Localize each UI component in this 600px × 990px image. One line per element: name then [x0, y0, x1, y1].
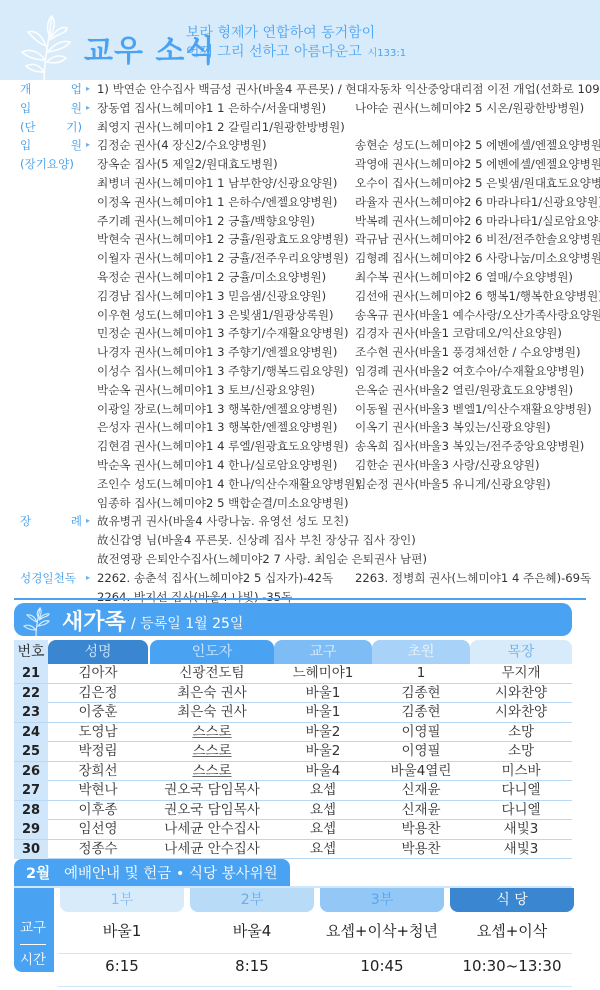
label-part: 원	[71, 136, 82, 155]
notice-row: 장례▸故유병귀 권사(바울4 사랑나눔. 유영선 성도 모친)	[0, 512, 600, 531]
notice-entry: 故전영광 은퇴안수집사(느헤미야2 7 사랑. 최임순 은퇴권사 남편)	[97, 550, 427, 569]
notice-entry: 민정순 권사(느헤미야1 3 주향기/수재활요양병원)	[97, 324, 349, 343]
table-row: 23이중훈최은숙 권사바울1김종현시와찬양	[14, 703, 572, 723]
cell-district: 요셉	[274, 820, 372, 839]
cell-name: 이중훈	[48, 703, 148, 722]
notice-entry: 김한순 권사(바울3 사랑/신광요양원)	[355, 456, 540, 475]
service-header: 2부	[190, 888, 314, 912]
new-family-title: 새가족	[62, 605, 126, 636]
cell-district: 바울2	[274, 723, 372, 742]
cell-guide: 스스로	[150, 742, 274, 761]
verse-line-2: 어찌 그리 선하고 아름다운고	[186, 44, 362, 60]
triangle-bullet-icon: ▸	[86, 569, 90, 588]
column-header-number: 번호	[14, 640, 48, 664]
notice-row: 최병녀 권사(느헤미야1 1 남부한양/신광요양원)오수이 집사(느헤미야2 5…	[0, 174, 600, 193]
cell-group: 소망	[470, 742, 572, 761]
notice-entry: 김정순 권사(4 장신2/수요양병원)	[97, 136, 266, 155]
table-row: 26장희선스스로바울4바울4열린미스바	[14, 762, 572, 782]
notice-row: 이우현 성도(느헤미야1 3 은빛샘1/원광상록원)송옥규 권사(바울1 예수사…	[0, 306, 600, 325]
leaf-branch-icon	[14, 6, 74, 82]
cell-guide: 나세균 안수집사	[150, 840, 274, 859]
section-divider	[14, 598, 586, 600]
worship-side-labels: 교구 시간	[14, 888, 54, 972]
notice-category-label: 개업	[20, 80, 82, 99]
cell-number: 27	[14, 781, 48, 800]
notice-entry: 송옥희 집사(바울3 복있는/전주중앙요양병원)	[355, 437, 584, 456]
cell-grass: 박용찬	[372, 840, 470, 859]
table-row: 24도영남스스로바울2이영필소망	[14, 723, 572, 743]
new-family-table: 번호 성명 인도자 교구 초원 목장 21김아자신광전도팀느헤미야11무지개22…	[14, 640, 572, 859]
cell-guide: 최은숙 권사	[150, 703, 274, 722]
notice-entry: 임종하 집사(느헤미야2 5 백합순결/미소요양병원)	[97, 494, 349, 513]
cell-grass: 이영필	[372, 742, 470, 761]
cell-grass: 신재윤	[372, 801, 470, 820]
notice-category-label: 성경일천독	[20, 569, 82, 588]
table-header: 번호 성명 인도자 교구 초원 목장	[14, 640, 572, 664]
cell-name: 박정림	[48, 742, 148, 761]
notice-row: (단기)최영지 권사(느헤미야1 2 갈릴리1/원광한방병원)	[0, 118, 600, 137]
header-verse: 보라 형제가 연합하여 동거함이 어찌 그리 선하고 아름다운고시133:1	[186, 24, 406, 63]
cell-name: 임선영	[48, 820, 148, 839]
cell-guide: 스스로	[150, 762, 274, 781]
label-part: 입	[20, 99, 31, 118]
cell-number: 28	[14, 801, 48, 820]
notice-entry: 박순옥 권사(느헤미야1 4 한나/실로암요양병원)	[97, 456, 337, 475]
notice-entry: 송현순 성도(느헤미야2 5 에벤에셀/엔젤요양병원)	[355, 136, 600, 155]
notice-row: 입원▸장동엽 집사(느헤미야1 1 은하수/서울대병원)나야순 권사(느헤미야2…	[0, 99, 600, 118]
notice-entry: 이동월 권사(바울3 벧엘1/익산수재활요양병원)	[355, 400, 592, 419]
cell-number: 26	[14, 762, 48, 781]
cell-group: 다니엘	[470, 801, 572, 820]
notice-entry: 김현겸 권사(느헤미야1 4 루엘/원광효도요양병원)	[97, 437, 349, 456]
table-row: 25박정림스스로바울2이영필소망	[14, 742, 572, 762]
notice-entry: 나야순 권사(느헤미야2 5 시온/원광한방병원)	[355, 99, 584, 118]
column-header-group: 목장	[470, 640, 572, 664]
notice-row: 이광일 장로(느헤미야1 3 행복한/엔젤요양병원)이동월 권사(바울3 벧엘1…	[0, 400, 600, 419]
row-divider	[58, 953, 572, 954]
cell-district: 바울1	[274, 703, 372, 722]
notice-entry: 2263. 정병희 권사(느헤미야1 4 주은혜)-69독	[355, 569, 591, 588]
cell-grass: 1	[372, 664, 470, 683]
label-part: 례	[71, 512, 82, 531]
notice-category-label: 장례	[20, 512, 82, 531]
table-row: 27박현나권오국 담임목사요셉신재윤다니엘	[14, 781, 572, 801]
notice-row: 故전영광 은퇴안수집사(느헤미야2 7 사랑. 최임순 은퇴권사 남편)	[0, 550, 600, 569]
cell-group: 소망	[470, 723, 572, 742]
notice-row: 임종하 집사(느헤미야2 5 백합순결/미소요양병원)	[0, 494, 600, 513]
table-row: 29임선영나세균 안수집사요셉박용찬새빛3	[14, 820, 572, 840]
cell-district: 요셉	[274, 801, 372, 820]
notice-entry: 임순정 권사(바울5 유니게/신광요양원)	[355, 475, 551, 494]
notice-entry: 오수이 집사(느헤미야2 5 은빛샘/원대효도요양병원)	[355, 174, 600, 193]
cell-grass: 김종현	[372, 703, 470, 722]
service-header: 1부	[60, 888, 184, 912]
notice-row: 김경남 집사(느헤미야1 3 믿음샘/신광요양원)김선애 권사(느헤미야2 6 …	[0, 287, 600, 306]
cell-name: 김은정	[48, 684, 148, 703]
notice-entry: 은성자 권사(느헤미야1 3 행복한/엔젤요양병원)	[97, 418, 337, 437]
service-header: 3부	[320, 888, 444, 912]
notice-entry: 곽규남 권사(느헤미야2 6 비전/전주한솔요양병원)	[355, 230, 600, 249]
notice-entry: 박현숙 권사(느헤미야1 2 긍휼/원광효도요양병원)	[97, 230, 349, 249]
cell-district: 요셉	[274, 840, 372, 859]
notice-entry: 최영지 권사(느헤미야1 2 갈릴리1/원광한방병원)	[97, 118, 345, 137]
verse-reference: 시133:1	[368, 48, 406, 59]
notice-entry: 최수복 권사(느헤미야2 6 열매/수요양병원)	[355, 268, 573, 287]
table-row: 21김아자신광전도팀느헤미야11무지개	[14, 664, 572, 684]
notices-section: 개업▸1) 박연순 안수집사 백금성 권사(바울4 푸른못) / 현대자동차 익…	[0, 80, 600, 606]
new-family-subtitle: / 등록일 1월 25일	[131, 613, 243, 633]
cell-name: 김아자	[48, 664, 148, 683]
cell-guide: 신광전도팀	[150, 664, 274, 683]
notice-row: 박순옥 권사(느헤미야1 3 토브/신광요양원)은옥순 권사(바울2 열린/원광…	[0, 381, 600, 400]
column-header-guide: 인도자	[150, 640, 274, 664]
table-row: 22김은정최은숙 권사바울1김종현시와찬양	[14, 684, 572, 704]
cell-group: 다니엘	[470, 781, 572, 800]
service-district: 바울4	[190, 920, 314, 941]
cell-group: 시와찬양	[470, 684, 572, 703]
label-part: (장기요양)	[20, 155, 74, 174]
notice-row: 이월자 권사(느헤미야1 2 긍휼/전주우리요양병원)김형례 집사(느헤미야2 …	[0, 249, 600, 268]
notice-entry: 김선애 권사(느헤미야2 6 행복1/행복한요양병원)	[355, 287, 600, 306]
cell-group: 시와찬양	[470, 703, 572, 722]
notice-category-label: 입원	[20, 136, 82, 155]
service-time: 6:15	[60, 957, 184, 975]
notice-entry: 이광일 장로(느헤미야1 3 행복한/엔젤요양병원)	[97, 400, 337, 419]
table-row: 28이후종권오국 담임목사요셉신재윤다니엘	[14, 801, 572, 821]
cell-number: 25	[14, 742, 48, 761]
notice-entry: 김경자 권사(바울1 코람데오/익산요양원)	[355, 324, 562, 343]
cell-guide: 스스로	[150, 723, 274, 742]
cell-guide: 권오국 담임목사	[150, 801, 274, 820]
cell-number: 24	[14, 723, 48, 742]
notice-entry: 은옥순 권사(바울2 열린/원광효도요양병원)	[355, 381, 573, 400]
service-time: 10:45	[320, 957, 444, 975]
cell-group: 새빛3	[470, 820, 572, 839]
cell-number: 21	[14, 664, 48, 683]
cell-number: 30	[14, 840, 48, 859]
verse-line-1: 보라 형제가 연합하여 동거함이	[186, 24, 406, 43]
cell-number: 22	[14, 684, 48, 703]
label-time: 시간	[14, 948, 52, 968]
cell-number: 23	[14, 703, 48, 722]
cell-guide: 최은숙 권사	[150, 684, 274, 703]
cell-grass: 신재윤	[372, 781, 470, 800]
cell-guide: 권오국 담임목사	[150, 781, 274, 800]
cell-district: 바울2	[274, 742, 372, 761]
notice-row: 이성수 집사(느헤미야1 3 주향기/행복드림요양원)임경례 권사(바울2 여호…	[0, 362, 600, 381]
notice-entry: 이옥기 권사(바울3 복있는/신광요양원)	[355, 418, 551, 437]
cell-name: 박현나	[48, 781, 148, 800]
notice-row: 개업▸1) 박연순 안수집사 백금성 권사(바울4 푸른못) / 현대자동차 익…	[0, 80, 600, 99]
notice-entry: 이우현 성도(느헤미야1 3 은빛샘1/원광상록원)	[97, 306, 334, 325]
notice-row: 김현겸 권사(느헤미야1 4 루엘/원광효도요양병원)송옥희 집사(바울3 복있…	[0, 437, 600, 456]
service-header: 식 당	[450, 888, 574, 912]
label-part: 장	[20, 512, 31, 531]
notice-row: 이정옥 권사(느헤미야1 1 은하수/엔젤요양병원)라율자 권사(느헤미야2 6…	[0, 193, 600, 212]
cell-grass: 이영필	[372, 723, 470, 742]
triangle-bullet-icon: ▸	[86, 512, 90, 531]
notice-row: 성경일천독▸2262. 송춘석 집사(느헤미야2 5 십자가)-42독2263.…	[0, 569, 600, 588]
notice-entry: 나경자 권사(느헤미야1 3 주향기/엔젤요양병원)	[97, 343, 337, 362]
notice-row: 주기례 권사(느헤미야1 2 긍휼/백향요양원)박복례 권사(느헤미야2 6 마…	[0, 212, 600, 231]
triangle-bullet-icon: ▸	[86, 99, 90, 118]
notice-entry: 김경남 집사(느헤미야1 3 믿음샘/신광요양원)	[97, 287, 326, 306]
notice-entry: 송옥규 권사(바울1 예수사랑/오산가족사랑요양원)	[355, 306, 600, 325]
label-district: 교구	[14, 916, 52, 936]
notice-row: 故신갑영 님(바울4 푸른못. 신상례 집사 부친 장상규 집사 장인)	[0, 531, 600, 550]
service-district: 바울1	[60, 920, 184, 941]
label-part: (단	[20, 118, 36, 137]
cell-name: 이후종	[48, 801, 148, 820]
row-divider	[58, 986, 572, 987]
notice-entry: 이월자 권사(느헤미야1 2 긍휼/전주우리요양병원)	[97, 249, 349, 268]
cell-group: 새빛3	[470, 840, 572, 859]
notice-category-label: (단기)	[20, 118, 82, 137]
notice-entry: 이정옥 권사(느헤미야1 1 은하수/엔젤요양병원)	[97, 193, 337, 212]
service-time: 10:30~13:30	[450, 957, 574, 975]
worship-title: 예배안내 및 헌금 • 식당 봉사위원	[64, 862, 278, 883]
cell-number: 29	[14, 820, 48, 839]
cell-guide: 나세균 안수집사	[150, 820, 274, 839]
leaf-branch-icon	[20, 606, 54, 636]
cell-district: 요셉	[274, 781, 372, 800]
label-part: 개	[20, 80, 31, 99]
notice-entry: 2262. 송춘석 집사(느헤미야2 5 십자가)-42독	[97, 569, 333, 588]
notice-entry: 장옥순 집사(5 제일2/원대효도병원)	[97, 155, 278, 174]
cell-district: 바울4	[274, 762, 372, 781]
notice-entry: 박순옥 권사(느헤미야1 3 토브/신광요양원)	[97, 381, 315, 400]
notice-entry: 故유병귀 권사(바울4 사랑나눔. 유영선 성도 모친)	[97, 512, 349, 531]
notice-row: 민정순 권사(느헤미야1 3 주향기/수재활요양병원)김경자 권사(바울1 코람…	[0, 324, 600, 343]
cell-grass: 바울4열린	[372, 762, 470, 781]
notice-row: 육정순 권사(느헤미야1 2 긍휼/미소요양병원)최수복 권사(느헤미야2 6 …	[0, 268, 600, 287]
notice-entry: 조인수 성도(느헤미야1 4 한나/익산수재활요양병원)	[97, 475, 360, 494]
divider	[20, 944, 46, 945]
worship-banner: 2월 예배안내 및 헌금 • 식당 봉사위원	[14, 859, 290, 886]
cell-district: 느헤미야1	[274, 664, 372, 683]
worship-month: 2월	[26, 862, 50, 883]
triangle-bullet-icon: ▸	[86, 136, 90, 155]
cell-group: 무지개	[470, 664, 572, 683]
new-family-banner: 새가족 / 등록일 1월 25일	[14, 603, 572, 636]
cell-grass: 박용찬	[372, 820, 470, 839]
notice-entry: 김형례 집사(느헤미야2 6 사랑나눔/미소요양병원)	[355, 249, 600, 268]
notice-entry: 이성수 집사(느헤미야1 3 주향기/행복드림요양원)	[97, 362, 349, 381]
label-part: 성경일천독	[20, 569, 76, 588]
notice-row: 입원▸김정순 권사(4 장신2/수요양병원)송현순 성도(느헤미야2 5 에벤에…	[0, 136, 600, 155]
notice-entry: 조수현 권사(바울1 풍경채선한 / 수요양병원)	[355, 343, 580, 362]
service-district: 요셉+이삭	[450, 920, 574, 941]
notice-entry: 故신갑영 님(바울4 푸른못. 신상례 집사 부친 장상규 집사 장인)	[97, 531, 416, 550]
notice-entry: 1) 박연순 안수집사 백금성 권사(바울4 푸른못) / 현대자동차 익산중앙…	[97, 80, 600, 99]
notice-row: 박순옥 권사(느헤미야1 4 한나/실로암요양병원)김한순 권사(바울3 사랑/…	[0, 456, 600, 475]
notice-entry: 임경례 권사(바울2 여호수아/수재활요양병원)	[355, 362, 584, 381]
label-part: 원	[71, 99, 82, 118]
cell-group: 미스바	[470, 762, 572, 781]
page-header: 교우 소식 보라 형제가 연합하여 동거함이 어찌 그리 선하고 아름다운고시1…	[0, 0, 600, 80]
service-district: 요셉+이삭+청년	[320, 920, 444, 941]
notice-category-label: 입원	[20, 99, 82, 118]
notice-entry: 라율자 권사(느헤미야2 6 마라나타1/신광요양원)	[355, 193, 600, 212]
notice-entry: 최병녀 권사(느헤미야1 1 남부한양/신광요양원)	[97, 174, 337, 193]
triangle-bullet-icon: ▸	[86, 80, 90, 99]
notice-entry: 주기례 권사(느헤미야1 2 긍휼/백향요양원)	[97, 212, 315, 231]
notice-row: 박현숙 권사(느헤미야1 2 긍휼/원광효도요양병원)곽규남 권사(느헤미야2 …	[0, 230, 600, 249]
label-part: 기)	[66, 118, 82, 137]
label-part: 입	[20, 136, 31, 155]
label-part: 업	[71, 80, 82, 99]
cell-district: 바울1	[274, 684, 372, 703]
notice-category-label: (장기요양)	[20, 155, 82, 174]
notice-entry: 곽영애 권사(느헤미야2 5 에벤에셀/엔젤요양병원)	[355, 155, 600, 174]
cell-name: 도영남	[48, 723, 148, 742]
cell-grass: 김종현	[372, 684, 470, 703]
notice-entry: 장동엽 집사(느헤미야1 1 은하수/서울대병원)	[97, 99, 326, 118]
notice-row: 나경자 권사(느헤미야1 3 주향기/엔젤요양병원)조수현 권사(바울1 풍경채…	[0, 343, 600, 362]
service-time: 8:15	[190, 957, 314, 975]
cell-name: 정종수	[48, 840, 148, 859]
cell-name: 장희선	[48, 762, 148, 781]
notice-row: 은성자 권사(느헤미야1 3 행복한/엔젤요양병원)이옥기 권사(바울3 복있는…	[0, 418, 600, 437]
notice-entry: 육정순 권사(느헤미야1 2 긍휼/미소요양병원)	[97, 268, 326, 287]
notice-entry: 박복례 권사(느헤미야2 6 마라나타1/실로암요양원)	[355, 212, 600, 231]
column-header-grass: 초원	[372, 640, 470, 664]
table-row: 30정종수나세균 안수집사요셉박용찬새빛3	[14, 840, 572, 860]
column-header-name: 성명	[48, 640, 148, 664]
column-header-district: 교구	[274, 640, 372, 664]
notice-row: 조인수 성도(느헤미야1 4 한나/익산수재활요양병원)임순정 권사(바울5 유…	[0, 475, 600, 494]
notice-row: (장기요양)장옥순 집사(5 제일2/원대효도병원)곽영애 권사(느헤미야2 5…	[0, 155, 600, 174]
